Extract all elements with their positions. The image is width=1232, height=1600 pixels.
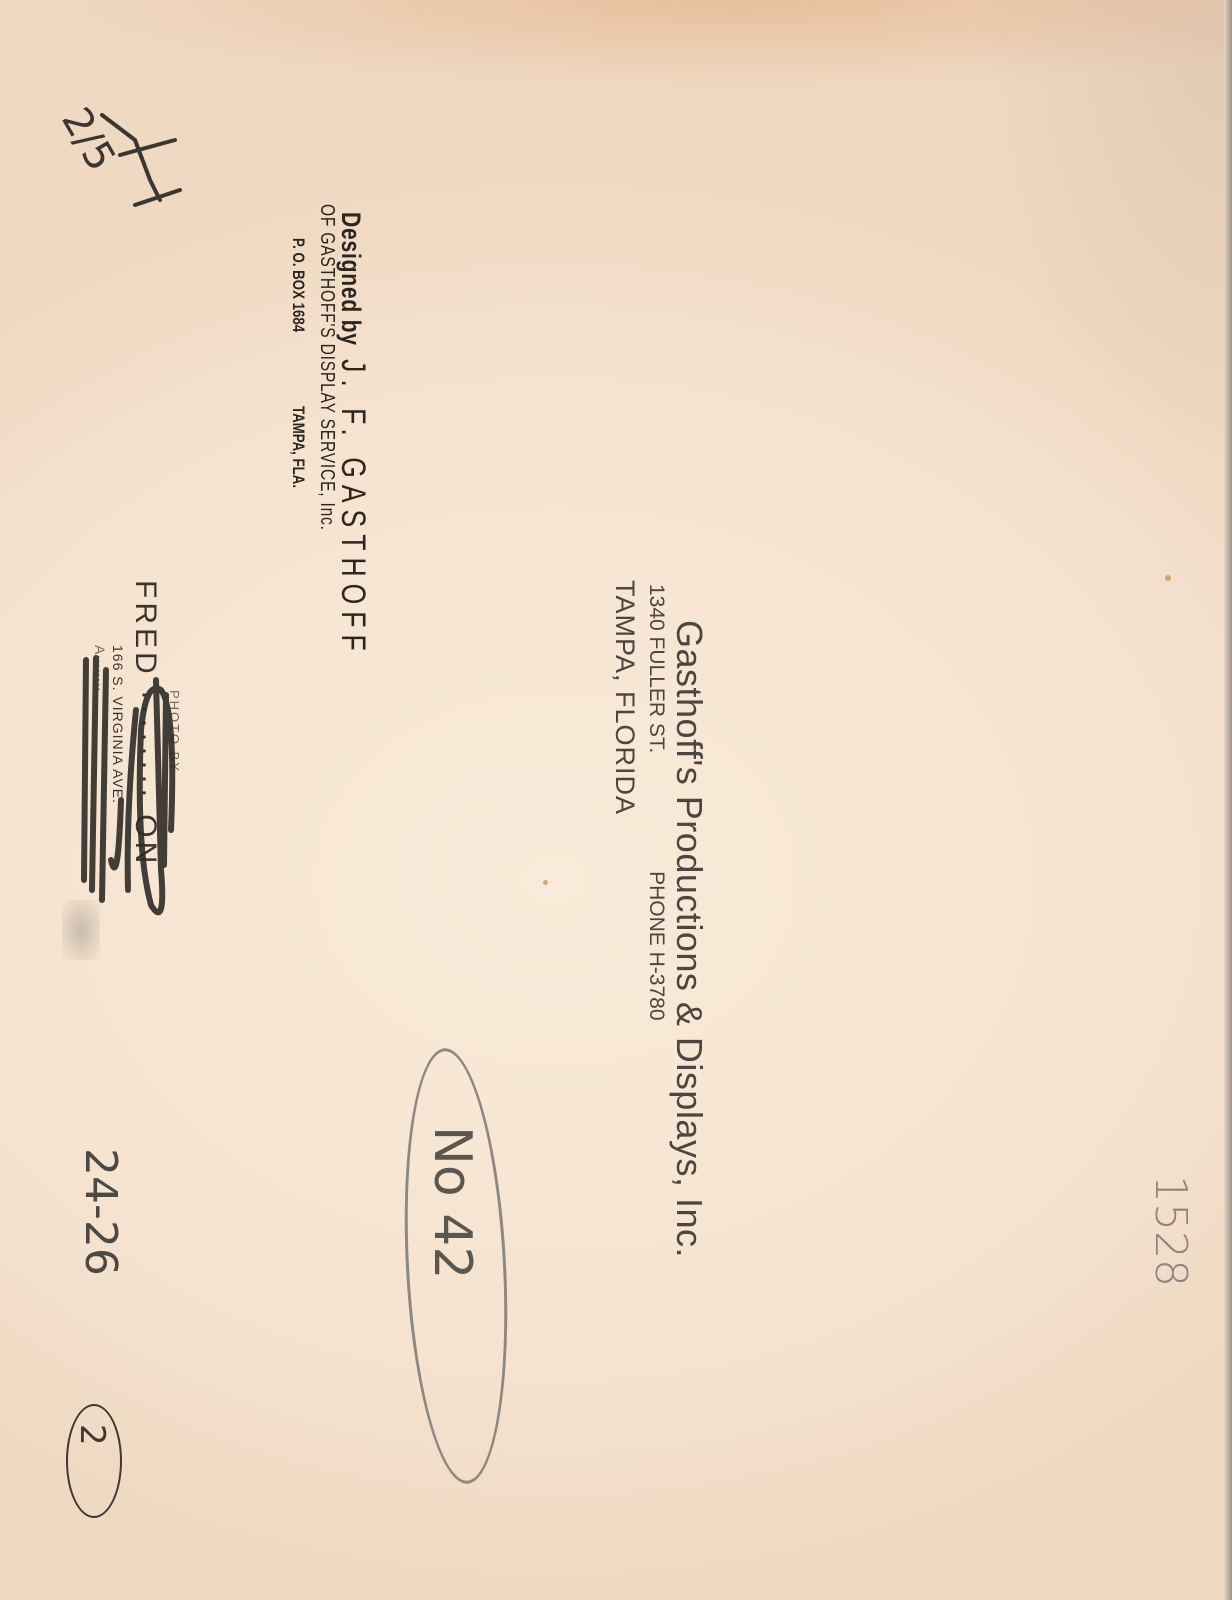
paper-edge [1224,0,1232,1600]
pencil-note-job-number: No 42 [422,1126,482,1279]
company-stamp: Gasthoff's Productions & Displays, Inc. … [609,620,710,1258]
company-address-line: 1340 FULLER ST. PHONE H-3780 [640,620,668,1258]
pencil-scribble-out [66,650,186,940]
paper-speck [1165,575,1171,581]
photo-back: 2/5 Designed by J. F. GASTHOFF OF GASTHO… [0,0,1232,1600]
paper-speck [543,880,548,885]
smudge [62,900,100,960]
pencil-note-range: 24-26 [75,1148,126,1276]
pencil-circle [66,1404,122,1518]
designer-line-1: Designed by J. F. GASTHOFF [338,212,372,658]
company-city: TAMPA, FLORIDA [609,580,640,1258]
pencil-note-circled-number: 2 [72,1424,112,1446]
pencil-note-right-edge: 1528 [1145,1175,1196,1287]
company-name: Gasthoff's Productions & Displays, Inc. [668,620,710,1258]
designer-stamp: Designed by J. F. GASTHOFF OF GASTHOFF'S… [284,212,372,783]
scribble-top-left [80,95,190,215]
designer-line-2: OF GASTHOFF'S DISPLAY SERVICE, Inc. [308,204,338,656]
designer-line-3: P. O. BOX 1684 TAMPA, FLA. [284,238,308,663]
